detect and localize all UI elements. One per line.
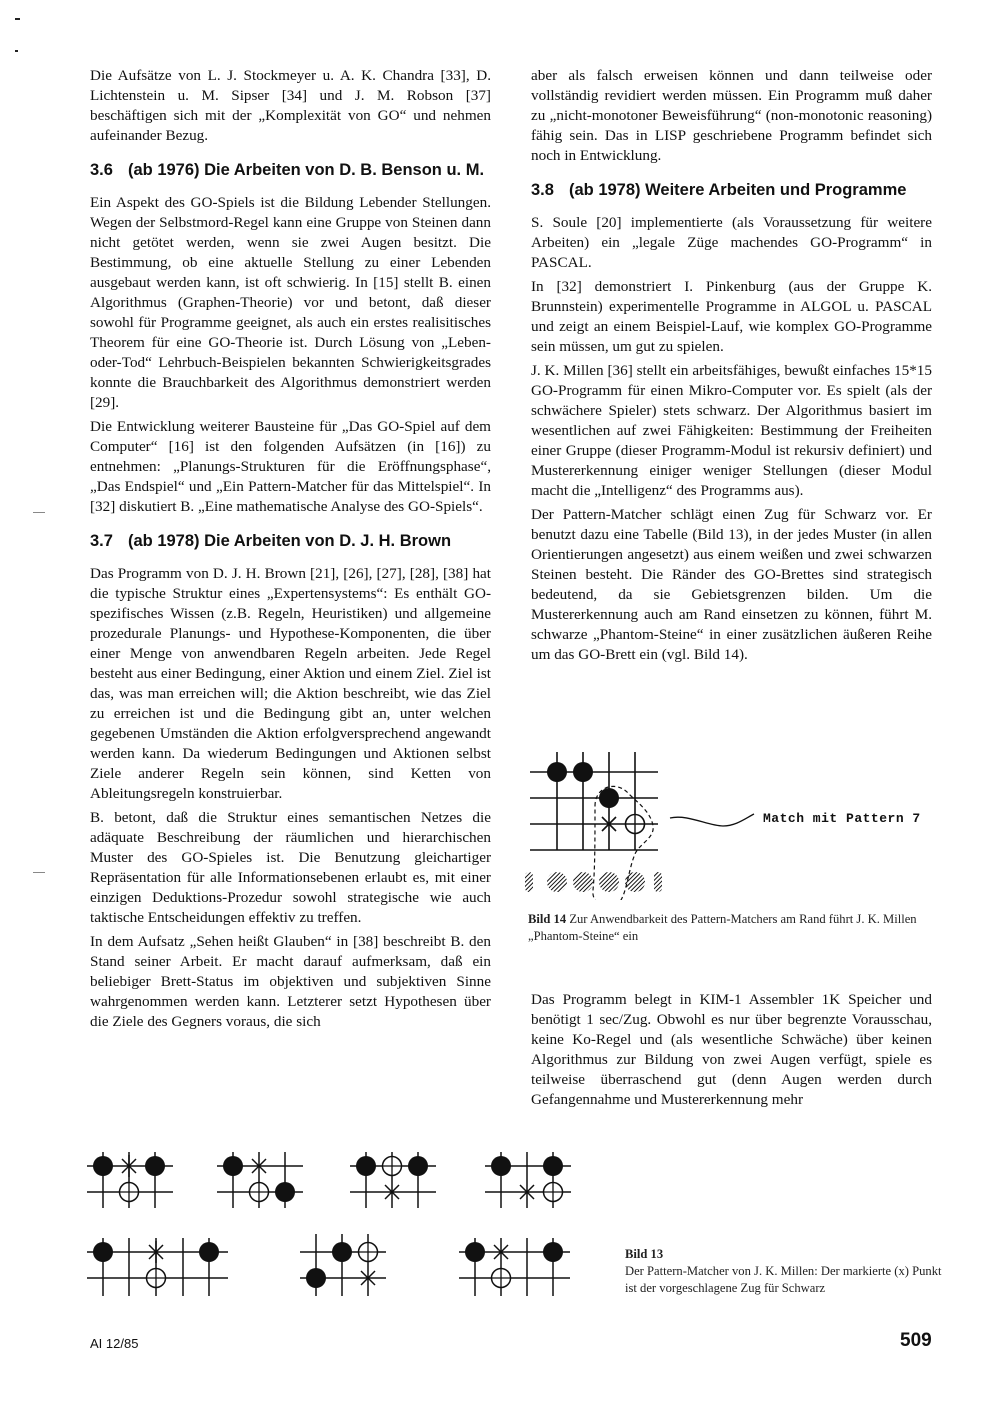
section-title: (ab 1978) Die Arbeiten von D. J. H. Brow… [128,531,491,552]
paragraph: S. Soule [20] implementierte (als Voraus… [531,213,932,273]
paragraph: Das Programm belegt in KIM-1 Assembler 1… [531,990,932,1110]
scan-speck [15,18,20,20]
black-stone [223,1156,243,1176]
scan-speck [33,872,45,873]
paragraph: Der Pattern-Matcher schlägt einen Zug fü… [531,505,932,665]
black-stone [275,1182,295,1202]
scan-speck [15,50,18,52]
paragraph: In [32] demonstriert I. Pinkenburg (aus … [531,277,932,357]
black-stone [93,1242,113,1262]
paragraph: Die Entwicklung weiterer Bausteine für „… [90,417,491,517]
paragraph: J. K. Millen [36] stellt ein arbeitsfähi… [531,361,932,501]
black-stone [93,1156,113,1176]
paragraph: Ein Aspekt des GO-Spiels ist die Bildung… [90,193,491,413]
pattern-6 [298,1232,388,1298]
section-heading-3-6: 3.6 (ab 1976) Die Arbeiten von D. B. Ben… [90,160,491,181]
journal-issue: AI 12/85 [90,1336,138,1351]
paragraph-intro: Die Aufsätze von L. J. Stockmeyer u. A. … [90,66,491,146]
section-title: (ab 1978) Weitere Arbeiten und Programme [569,180,932,201]
black-stone [332,1242,352,1262]
section-title: (ab 1976) Die Arbeiten von D. B. Benson … [128,160,491,181]
black-stone [306,1268,326,1288]
black-stone [145,1156,165,1176]
caption-label: Bild 14 [528,912,566,926]
pattern-5 [85,1236,230,1298]
figure-14: Match mit Pattern 7 Bild 14 Zur Anwendba… [525,750,945,950]
black-stone [408,1156,428,1176]
scan-speck [33,512,45,513]
section-heading-3-8: 3.8 (ab 1978) Weitere Arbeiten und Progr… [531,180,932,201]
section-number: 3.6 [90,160,128,181]
figure-13: Bild 13 Der Pattern-Matcher von J. K. Mi… [85,1150,945,1300]
right-column: aber als falsch erweisen können und dann… [531,66,932,669]
black-stone [543,1156,563,1176]
paragraph: Das Programm von D. J. H. Brown [21], [2… [90,564,491,804]
right-column-continued: Das Programm belegt in KIM-1 Assembler 1… [531,990,932,1114]
paragraph-continued: aber als falsch erweisen können und dann… [531,66,932,166]
connector-line [668,808,758,838]
section-heading-3-7: 3.7 (ab 1978) Die Arbeiten von D. J. H. … [90,531,491,552]
black-stone [573,762,593,782]
page-number: 509 [900,1330,932,1352]
black-stone [199,1242,219,1262]
figure-13-caption: Bild 13 Der Pattern-Matcher von J. K. Mi… [625,1246,945,1297]
pattern-1 [85,1150,175,1210]
pattern-4 [483,1150,573,1210]
pattern-2 [215,1150,305,1210]
paragraph: In dem Aufsatz „Sehen heißt Glauben“ in … [90,932,491,1032]
caption-text: Zur Anwendbarkeit des Pattern-Matchers a… [528,912,917,943]
caption-label: Bild 13 [625,1246,945,1263]
go-board-edge-diagram [525,750,675,900]
pattern-3 [348,1150,438,1210]
left-column: Die Aufsätze von L. J. Stockmeyer u. A. … [90,66,491,1036]
paragraph: B. betont, daß die Struktur eines semant… [90,808,491,928]
black-stone [599,788,619,808]
black-stone [356,1156,376,1176]
black-stone [547,762,567,782]
figure-14-caption: Bild 14 Zur Anwendbarkeit des Pattern-Ma… [528,911,933,945]
match-label: Match mit Pattern 7 [763,811,921,826]
section-number: 3.7 [90,531,128,552]
black-stone [543,1242,563,1262]
black-stone [491,1156,511,1176]
caption-text: Der Pattern-Matcher von J. K. Millen: De… [625,1263,945,1297]
pattern-7 [457,1236,572,1298]
black-stone [465,1242,485,1262]
section-number: 3.8 [531,180,569,201]
